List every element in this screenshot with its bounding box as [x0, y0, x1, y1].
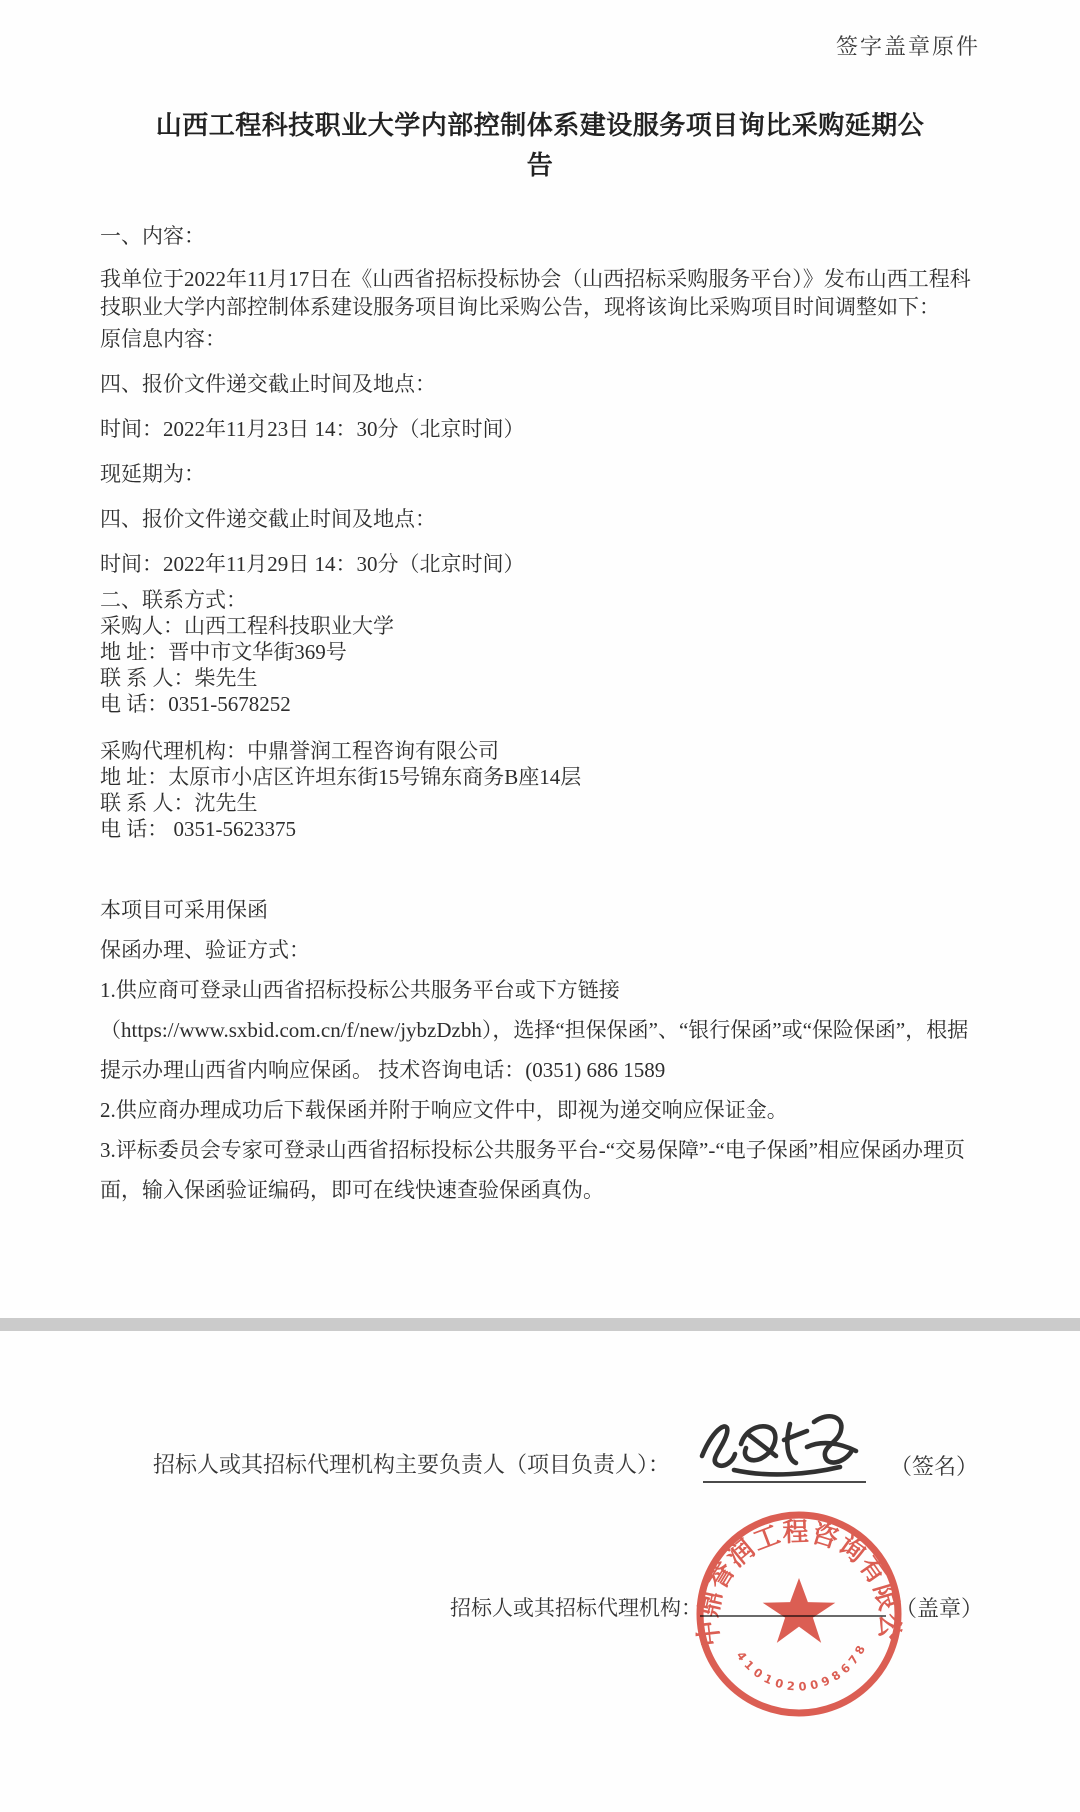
guarantee-item-3: 3.评标委员会专家可登录山西省招标投标公共服务平台-“交易保障”-“电子保函”相…: [100, 1130, 975, 1210]
signature-note: （签名）: [890, 1450, 978, 1481]
contact-line: 地 址：晋中市文华街369号: [100, 639, 975, 665]
guarantee-section: 本项目可采用保函 保函办理、验证方式： 1.供应商可登录山西省招标投标公共服务平…: [100, 890, 975, 1210]
section-heading-content: 一、内容：: [100, 222, 975, 250]
purchaser-contact-block: 二、联系方式： 采购人：山西工程科技职业大学地 址：晋中市文华街369号联 系 …: [100, 587, 975, 717]
seal-star-icon: [763, 1578, 836, 1643]
purchaser-lines: 采购人：山西工程科技职业大学地 址：晋中市文华街369号联 系 人：柴先生电 话…: [100, 613, 975, 717]
deadline-time-original: 时间：2022年11月23日 14：30分（北京时间）: [100, 415, 975, 443]
agency-signature-label: 招标人或其招标代理机构：: [450, 1592, 702, 1622]
seal-note: （盖章）: [895, 1592, 983, 1623]
guarantee-intro: 本项目可采用保函: [100, 890, 975, 930]
document-body: 一、内容： 我单位于2022年11月17日在《山西省招标投标协会（山西招标采购服…: [100, 222, 975, 1210]
document-page: 签字盖章原件 山西工程科技职业大学内部控制体系建设服务项目询比采购延期公告 一、…: [0, 0, 1080, 1812]
contact-line: 采购人：山西工程科技职业大学: [100, 613, 975, 639]
page-break-divider: [0, 1318, 1080, 1331]
guarantee-item-2: 2.供应商办理成功后下载保函并附于响应文件中，即视为递交响应保证金。: [100, 1090, 975, 1130]
deadline-time-new: 时间：2022年11月29日 14：30分（北京时间）: [100, 550, 975, 578]
contact-line: 联 系 人：沈先生: [100, 790, 975, 816]
guarantee-item-1: 1.供应商可登录山西省招标投标公共服务平台或下方链接（https://www.s…: [100, 970, 975, 1090]
agency-lines: 采购代理机构：中鼎誉润工程咨询有限公司地 址：太原市小店区许坦东街15号锦东商务…: [100, 738, 975, 842]
agency-contact-block: 采购代理机构：中鼎誉润工程咨询有限公司地 址：太原市小店区许坦东街15号锦东商务…: [100, 738, 975, 842]
contact-line: 电 话：0351-5678252: [100, 691, 975, 717]
contact-line: 地 址：太原市小店区许坦东街15号锦东商务B座14层: [100, 764, 975, 790]
svg-text:中鼎誉润工程咨询有限公司: 中鼎誉润工程咨询有限公司: [693, 1508, 905, 1648]
deadline-heading-original: 四、报价文件递交截止时间及地点：: [100, 370, 975, 398]
handwritten-signature: [688, 1402, 888, 1494]
contact-heading: 二、联系方式：: [100, 587, 975, 613]
svg-text:4101020098678: 4101020098678: [734, 1639, 870, 1694]
contact-line: 采购代理机构：中鼎誉润工程咨询有限公司: [100, 738, 975, 764]
company-seal-stamp: 中鼎誉润工程咨询有限公司 4101020098678: [693, 1508, 905, 1720]
contact-line: 联 系 人：柴先生: [100, 665, 975, 691]
extension-label: 现延期为：: [100, 460, 975, 488]
corner-note: 签字盖章原件: [836, 30, 980, 61]
deadline-heading-new: 四、报价文件递交截止时间及地点：: [100, 505, 975, 533]
original-info-label: 原信息内容：: [100, 325, 975, 353]
principal-signature-label: 招标人或其招标代理机构主要负责人（项目负责人）：: [153, 1448, 670, 1479]
contact-line: 电 话： 0351-5623375: [100, 816, 975, 842]
intro-paragraph: 我单位于2022年11月17日在《山西省招标投标协会（山西招标采购服务平台）》发…: [100, 265, 975, 321]
guarantee-method-heading: 保函办理、验证方式：: [100, 930, 975, 970]
document-title: 山西工程科技职业大学内部控制体系建设服务项目询比采购延期公告: [154, 106, 926, 186]
